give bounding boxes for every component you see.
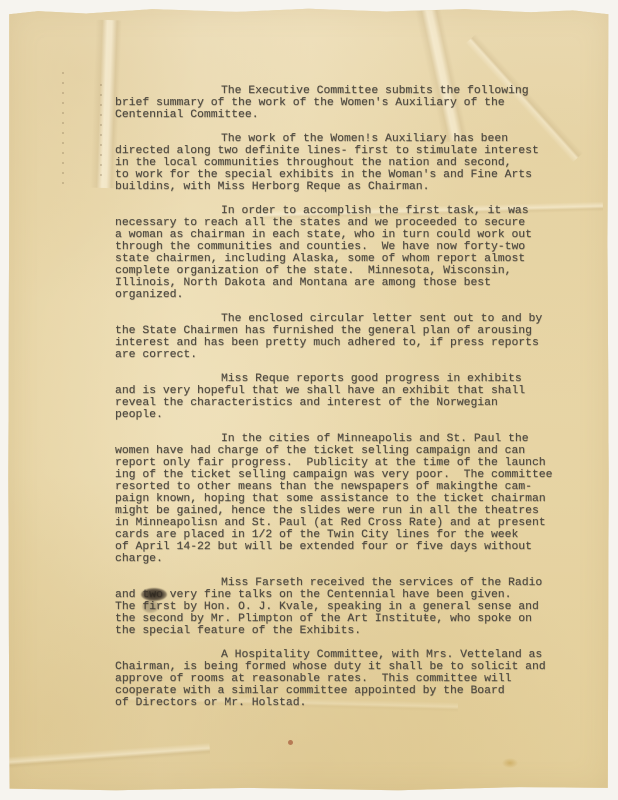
typed-line: necessary to reach all the states and we… xyxy=(115,217,552,229)
typed-line: Miss Reque reports good progress in exhi… xyxy=(115,373,552,385)
typed-line: directed along two definite lines- first… xyxy=(115,145,552,157)
typed-line: paign known, hoping that some assistance… xyxy=(115,493,552,505)
typed-line: cooperate with a similar committee appoi… xyxy=(115,685,552,697)
typed-line: reveal the characteristics and interest … xyxy=(115,397,552,409)
typed-line: are correct. xyxy=(115,349,552,361)
typed-line: the special feature of the Exhibits. xyxy=(115,625,552,637)
typed-line: of April 14-22 but will be extended four… xyxy=(115,541,552,553)
typed-line: In order to accomplish the first task, i… xyxy=(115,205,552,217)
typed-line: buildins, with Miss Herborg Reque as Cha… xyxy=(115,181,552,193)
typed-line: cards are placed in 1/2 of the Twin City… xyxy=(115,529,552,541)
typed-line: organized. xyxy=(115,289,552,301)
typed-line: The Executive Committee submits the foll… xyxy=(115,85,552,97)
typed-line: Illinois, North Dakota and Montana are a… xyxy=(115,277,552,289)
typed-line: in the local communities throughout the … xyxy=(115,157,552,169)
typed-line: The enclosed circular letter sent out to… xyxy=(115,313,552,325)
typed-line: Centennial Committee. xyxy=(115,109,552,121)
ink-spot xyxy=(288,740,293,745)
ink-blot xyxy=(142,600,160,613)
paragraph: In order to accomplish the first task, i… xyxy=(115,205,552,301)
crease-bottom-left xyxy=(0,743,210,770)
paragraph: The work of the Women!s Auxiliary has be… xyxy=(115,133,552,193)
typed-line: women have had charge of the ticket sell… xyxy=(115,445,552,457)
paper-sheet: The Executive Committee submits the foll… xyxy=(8,8,609,791)
typed-line: resorted to other means than the newspap… xyxy=(115,481,552,493)
paragraph: Miss Reque reports good progress in exhi… xyxy=(115,373,552,421)
scanned-document: The Executive Committee submits the foll… xyxy=(0,0,618,800)
typed-text: The Executive Committee submits the foll… xyxy=(115,85,552,721)
typed-line: state chairmen, including Alaska, some o… xyxy=(115,253,552,265)
paragraph: A Hospitality Committee, with Mrs. Vette… xyxy=(115,649,552,709)
typed-line: A Hospitality Committee, with Mrs. Vette… xyxy=(115,649,552,661)
typed-line: the State Chairmen has furnished the gen… xyxy=(115,325,552,337)
typed-line: approve of rooms at reasonable rates. Th… xyxy=(115,673,552,685)
typed-line: interest and has been pretty much adhere… xyxy=(115,337,552,349)
typed-line: to work for the special exhibits in the … xyxy=(115,169,552,181)
binding-marks xyxy=(62,72,64,190)
ink-blot xyxy=(141,588,167,601)
typed-line: of Directors or Mr. Holstad. xyxy=(115,697,552,709)
typed-line: people. xyxy=(115,409,552,421)
typed-line: and two very fine talks on the Centennia… xyxy=(115,589,552,601)
typed-line: a woman as chairman in each state, who i… xyxy=(115,229,552,241)
typed-line: In the cities of Minneapolis and St. Pau… xyxy=(115,433,552,445)
typed-line: the second by Mr. Plimpton of the Art In… xyxy=(115,613,552,625)
typed-line: Chairman, is being formed whose duty it … xyxy=(115,661,552,673)
typed-line: The first by Hon. O. J. Kvale, speaking … xyxy=(115,601,552,613)
paragraph: The enclosed circular letter sent out to… xyxy=(115,313,552,361)
typed-line: through the communities and counties. We… xyxy=(115,241,552,253)
paragraph: Miss Farseth received the services of th… xyxy=(115,577,552,637)
typed-line: ing of the ticket selling campaign was v… xyxy=(115,469,552,481)
typed-line: and is very hopeful that we shall have a… xyxy=(115,385,552,397)
typed-line: complete organization of the state. Minn… xyxy=(115,265,552,277)
paragraph: In the cities of Minneapolis and St. Pau… xyxy=(115,433,552,565)
typed-line: might be gained, hence the slides were r… xyxy=(115,505,552,517)
typed-line: charge. xyxy=(115,553,552,565)
typed-line: The work of the Women!s Auxiliary has be… xyxy=(115,133,552,145)
paragraph: The Executive Committee submits the foll… xyxy=(115,85,552,121)
typed-line: in Minneapolisn and St. Paul (at Red Cro… xyxy=(115,517,552,529)
stain-mark xyxy=(502,758,518,768)
typed-line: brief summary of the work of the Women's… xyxy=(115,97,552,109)
binding-marks xyxy=(100,84,102,184)
typed-line: Miss Farseth received the services of th… xyxy=(115,577,552,589)
typed-line: report only fair progress. Publicity at … xyxy=(115,457,552,469)
